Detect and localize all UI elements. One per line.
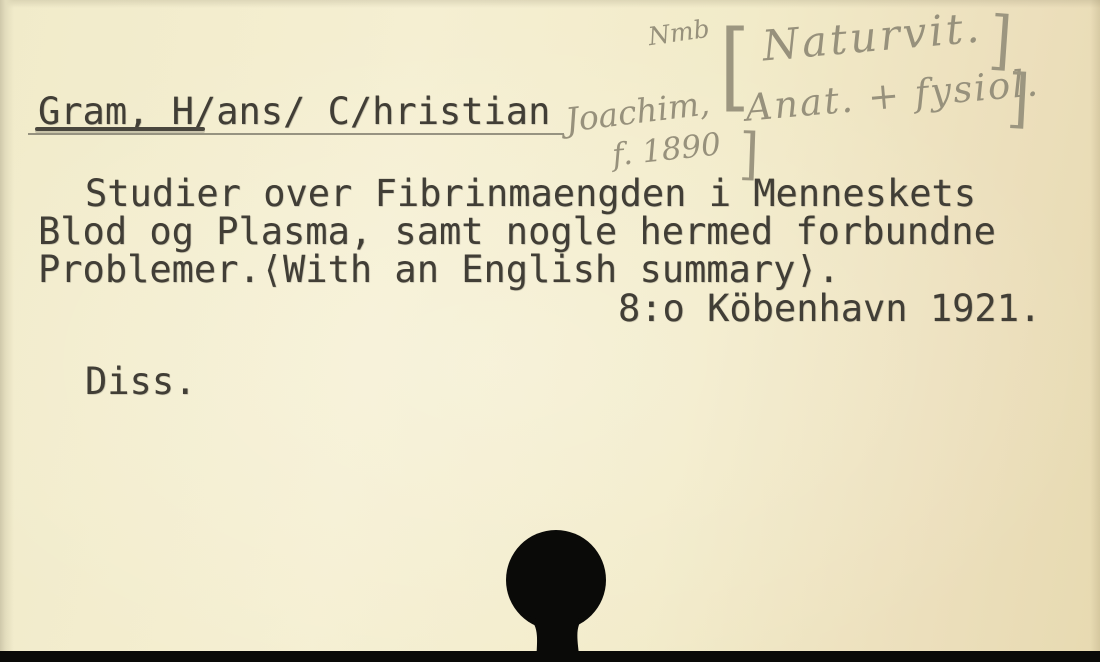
card-edge-right (1090, 0, 1100, 662)
author-underline-heavy (35, 127, 205, 131)
hole-punch (480, 520, 640, 662)
dissertation-note: Diss. (85, 360, 196, 403)
pencil-birth-year: f. 1890 (610, 126, 722, 173)
pencil-bracket-close-2: ] (1005, 61, 1031, 136)
pencil-initials: Nmb (646, 14, 711, 51)
imprint-line: 8:o Köbenhavn 1921. (618, 287, 1041, 330)
author-underline-long (28, 133, 564, 135)
title-line-2: Blod og Plasma, samt nogle hermed forbun… (38, 210, 996, 253)
title-line-1: Studier over Fibrinmaengden i Menneskets (85, 172, 976, 215)
pencil-subject-line1: Naturvit. (760, 2, 984, 70)
card-bottom-edge (0, 651, 1100, 662)
title-line-3: Problemer.⟨With an English summary⟩. (38, 248, 840, 291)
card-edge-left (0, 0, 14, 662)
catalog-card: Gram, H/ans/ C/hristian Nmb [ Naturvit. … (0, 0, 1100, 662)
pencil-subject-line2: Anat. + fysiol. (744, 61, 1042, 130)
